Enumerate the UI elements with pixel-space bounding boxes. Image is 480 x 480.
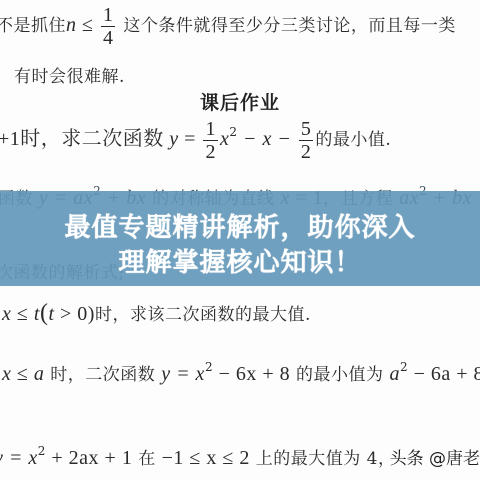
var-y: y [169, 128, 178, 150]
problem-4: y = x2 + 2ax + 1 在 −1 ≤ x ≤ 2 上的最大值为 4， [0, 444, 396, 470]
problem-1: +1时，求二次函数 y = 12x2 − x − 52的最小值. [0, 118, 391, 163]
num: − 6a + 8 [408, 363, 480, 385]
text: 时，求该二次函数的最大值. [95, 305, 311, 325]
fraction-five-half: 52 [299, 118, 314, 163]
numerator: 1 [101, 4, 116, 27]
denominator: 4 [101, 27, 116, 49]
problem-1-prefix: +1时，求二次函数 [0, 128, 169, 150]
source-watermark: 头条 @唐老 [390, 444, 480, 469]
fraction-one-half: 12 [203, 118, 218, 163]
exponent: 2 [400, 360, 408, 374]
document-page: 不是抓住n ≤ 14 这个条件就得至少分三类讨论，而且每一类 有时会很难解. 课… [0, 0, 480, 480]
math: x [2, 363, 11, 385]
exponent: 2 [38, 444, 46, 458]
num: −1 ≤ x ≤ 2 [162, 447, 250, 469]
promo-banner: 最值专题精讲解析，助你深入 理解掌握核心知识！ [0, 191, 480, 286]
problem-3: x ≤ a 时，二次函数 y = x2 − 6x + 8 的最小值为 a2 − … [2, 360, 480, 386]
text: 时，二次函数 [44, 365, 161, 385]
problem-1-suffix: 的最小值. [315, 130, 391, 150]
text: 的最小值为 [290, 365, 389, 385]
intro-line-2-text: 有时会很难解. [14, 67, 125, 87]
op-leq: ≤ [77, 14, 99, 36]
section-heading: 课后作业 [0, 88, 480, 115]
intro-text: 不是抓住 [0, 16, 66, 36]
minus-x: − x − [237, 128, 296, 150]
op: ≤ [11, 303, 33, 325]
math: x [2, 303, 11, 325]
denominator: 2 [203, 141, 218, 163]
num: − 6x + 8 [213, 363, 290, 385]
num: > 0) [55, 303, 95, 325]
numerator: 5 [299, 118, 314, 141]
op: ≤ [11, 363, 33, 385]
intro-suffix: 这个条件就得至少分三类讨论，而且每一类 [117, 16, 455, 36]
num: + 2ax + 1 [46, 447, 132, 469]
problem-2-line-3: x ≤ t(t > 0)时，求该二次函数的最大值. [2, 300, 311, 327]
banner-line-1: 最值专题精讲解析，助你深入 [0, 207, 480, 244]
denominator: 2 [299, 141, 314, 163]
intro-line-1: 不是抓住n ≤ 14 这个条件就得至少分三类讨论，而且每一类 [0, 4, 456, 49]
fraction-one-quarter: 14 [101, 4, 116, 49]
intro-line-2: 有时会很难解. [14, 62, 125, 87]
numerator: 1 [203, 118, 218, 141]
equals: = [179, 128, 202, 150]
exponent: 2 [205, 360, 213, 374]
math: a [389, 363, 400, 385]
text: 在 [132, 449, 161, 469]
banner-line-2: 理解掌握核心知识！ [0, 242, 480, 279]
math: y = x [0, 447, 38, 469]
text: 上的最大值为 4， [250, 449, 396, 469]
math: a [34, 363, 45, 385]
math: y = x [161, 363, 205, 385]
var-x: x [220, 128, 229, 150]
var-n: n [66, 14, 77, 36]
